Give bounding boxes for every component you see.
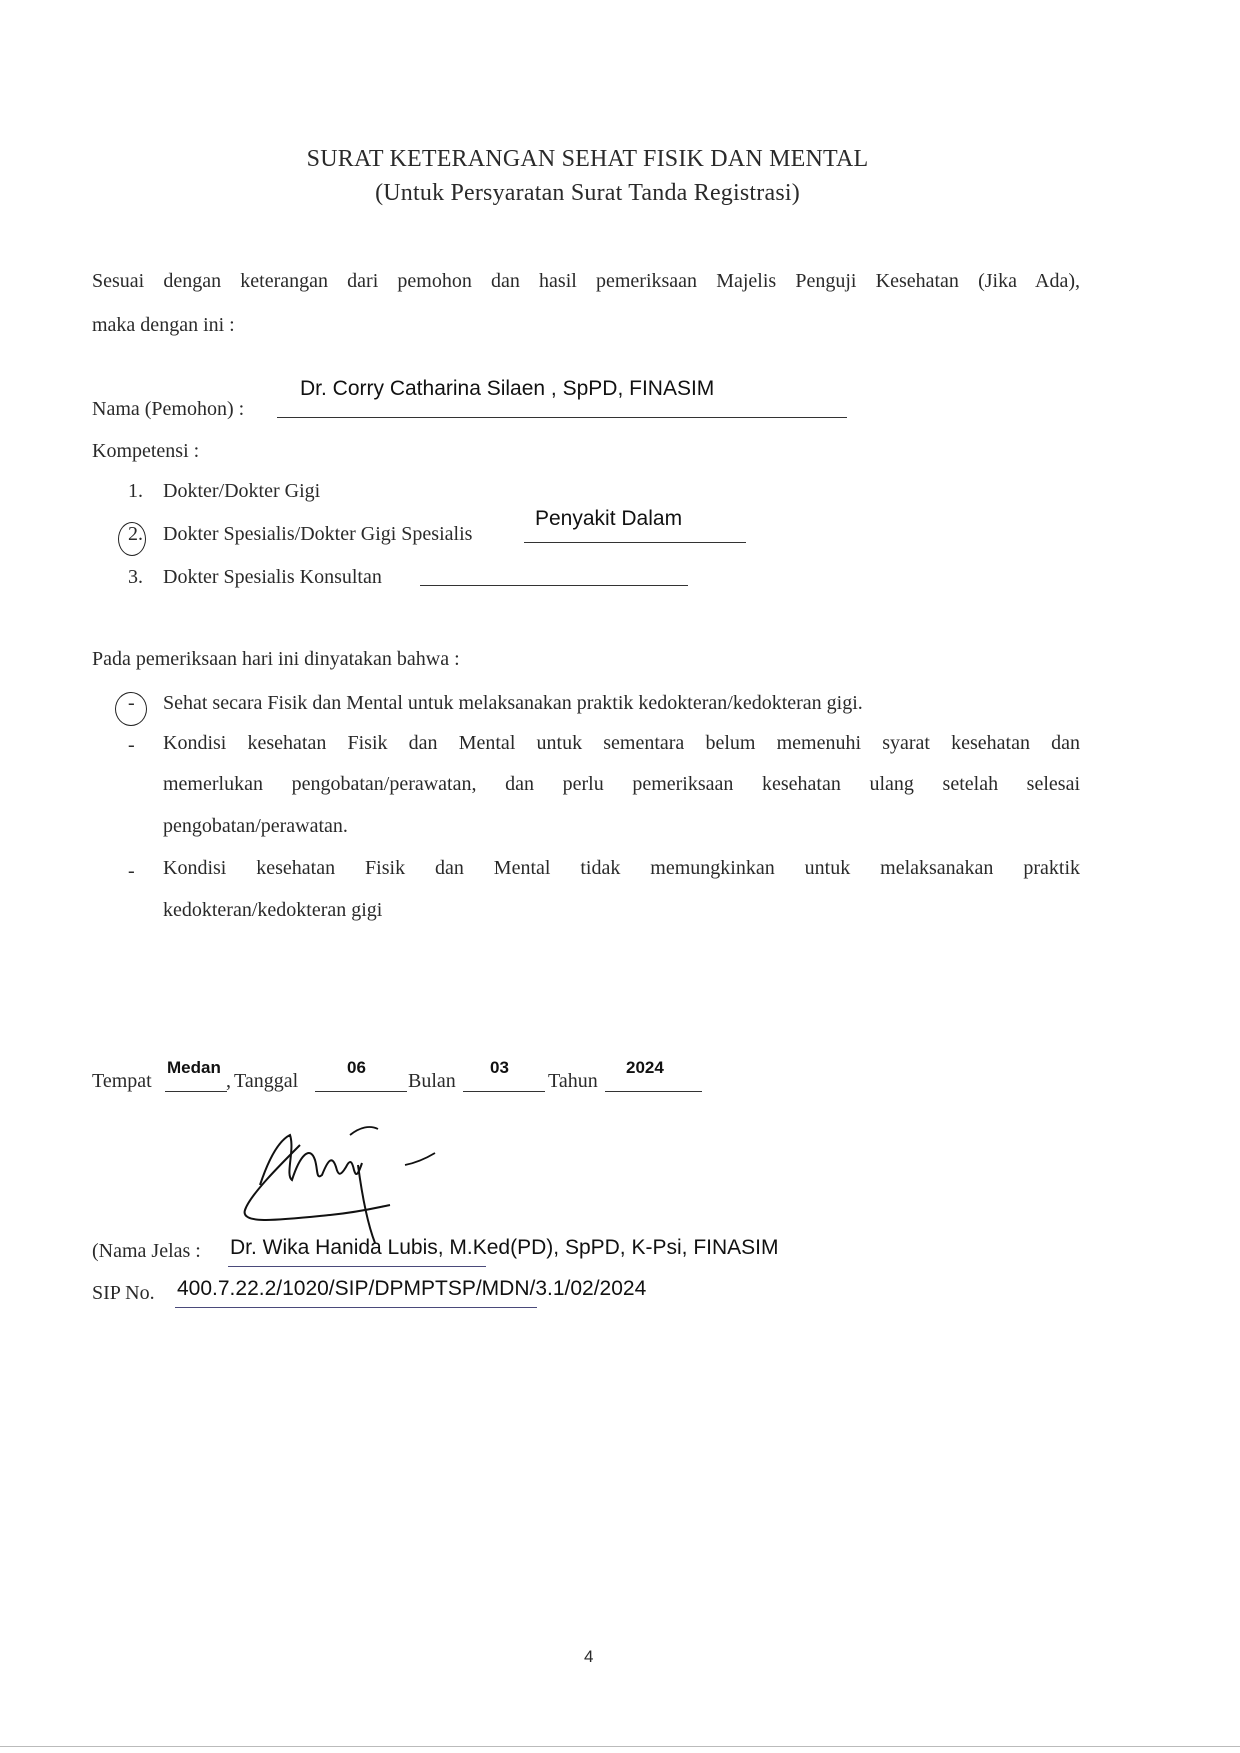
place-underline: [165, 1091, 227, 1092]
place-separator: ,: [226, 1070, 231, 1093]
competence-label: Kompetensi :: [92, 440, 199, 463]
competence-3-number: 3.: [128, 566, 143, 589]
bullet-dash-icon: -: [128, 860, 135, 883]
competence-2-specialty-value[interactable]: Penyakit Dalam: [535, 507, 682, 531]
year-label: Tahun: [548, 1070, 598, 1093]
statement-3-line-2: kedokteran/kedokteran gigi: [163, 899, 382, 922]
place-value[interactable]: Medan: [167, 1058, 221, 1078]
bullet-dash-icon: -: [128, 734, 135, 757]
year-underline: [605, 1091, 702, 1092]
exam-label: Pada pemeriksaan hari ini dinyatakan bah…: [92, 648, 460, 671]
signatory-name-value[interactable]: Dr. Wika Hanida Lubis, M.Ked(PD), SpPD, …: [230, 1236, 778, 1260]
applicant-name-underline: [277, 417, 847, 418]
sip-underline: [175, 1307, 537, 1308]
page-number: 4: [584, 1647, 593, 1667]
signature-icon: [240, 1115, 450, 1245]
statement-1-line-1: Sehat secara Fisik dan Mental untuk mela…: [163, 692, 863, 715]
competence-2-label: Dokter Spesialis/Dokter Gigi Spesialis: [163, 523, 472, 546]
statement-3-line-1: Kondisi kesehatan Fisik dan Mental tidak…: [163, 857, 1080, 880]
statement-2-line-3: pengobatan/perawatan.: [163, 815, 348, 838]
competence-1-number: 1.: [128, 480, 143, 503]
sip-value[interactable]: 400.7.22.2/1020/SIP/DPMPTSP/MDN/3.1/02/2…: [177, 1277, 646, 1301]
competence-2-underline: [524, 542, 746, 543]
scan-edge-divider: [0, 1746, 1240, 1747]
applicant-label: Nama (Pemohon) :: [92, 398, 244, 421]
competence-3-underline[interactable]: [420, 585, 688, 586]
statement-2-line-2: memerlukan pengobatan/perawatan, dan per…: [163, 773, 1080, 796]
competence-3-label: Dokter Spesialis Konsultan: [163, 566, 382, 589]
intro-text-line-2: maka dengan ini :: [92, 314, 235, 337]
applicant-name-value[interactable]: Dr. Corry Catharina Silaen , SpPD, FINAS…: [300, 377, 714, 401]
document-title: SURAT KETERANGAN SEHAT FISIK DAN MENTAL: [0, 146, 1175, 173]
competence-2-number: 2.: [128, 523, 143, 546]
day-label: Tanggal: [234, 1070, 298, 1093]
competence-1-label: Dokter/Dokter Gigi: [163, 480, 320, 503]
day-underline: [315, 1091, 407, 1092]
month-underline: [463, 1091, 545, 1092]
month-value[interactable]: 03: [490, 1058, 509, 1078]
document-subtitle: (Untuk Persyaratan Surat Tanda Registras…: [0, 180, 1175, 207]
month-label: Bulan: [408, 1070, 456, 1093]
sip-label: SIP No.: [92, 1282, 155, 1305]
intro-text-line-1: Sesuai dengan keterangan dari pemohon da…: [92, 270, 1080, 293]
signatory-name-underline: [228, 1266, 486, 1267]
signatory-name-label: (Nama Jelas :: [92, 1240, 201, 1263]
bullet-dash-icon: -: [128, 692, 135, 715]
year-value[interactable]: 2024: [626, 1058, 664, 1078]
place-label: Tempat: [92, 1070, 152, 1093]
day-value[interactable]: 06: [347, 1058, 366, 1078]
statement-2-line-1: Kondisi kesehatan Fisik dan Mental untuk…: [163, 732, 1080, 755]
